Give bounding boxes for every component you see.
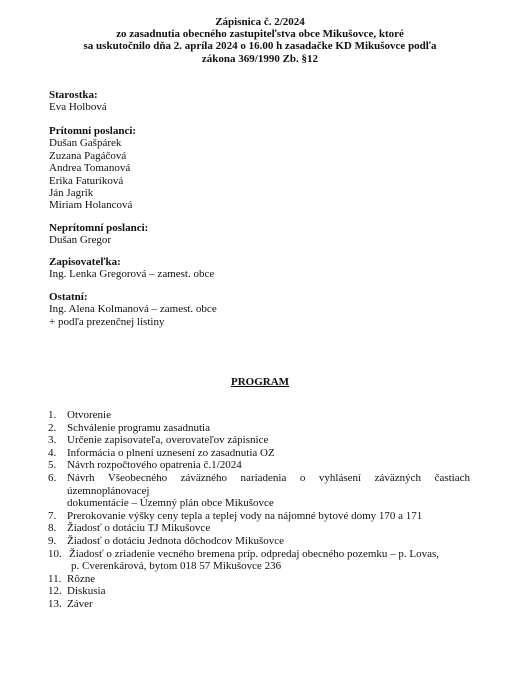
program-item-text: Schválenie programu zasadnutia bbox=[67, 422, 210, 434]
program-item-text: Rôzne bbox=[67, 573, 95, 585]
program-item: 7.Prerokovanie výšky ceny tepla a teplej… bbox=[48, 510, 470, 523]
program-item-number: 1. bbox=[48, 409, 56, 422]
person-name: Dušan Gregor bbox=[49, 234, 469, 246]
program-item-text: Návrh Všeobecného záväzného nariadenia o… bbox=[67, 472, 470, 497]
program-item: 9.Žiadosť o dotáciu Jednota dôchodcov Mi… bbox=[48, 535, 470, 548]
program-item-text: Návrh rozpočtového opatrenia č.1/2024 bbox=[67, 459, 242, 471]
program-item-text: Prerokovanie výšky ceny tepla a teplej v… bbox=[67, 510, 422, 522]
program-item: 4.Informácia o plnení uznesení zo zasadn… bbox=[48, 447, 470, 460]
person-name: Eva Holbová bbox=[49, 101, 469, 113]
attendance-note: + podľa prezenčnej listiny bbox=[49, 316, 469, 328]
program-item-text: Žiadosť o zriadenie vecného bremena príp… bbox=[67, 548, 470, 561]
section-title: Ostatní: bbox=[49, 291, 469, 303]
program-item: 3.Určenie zapisovateľa, overovateľov záp… bbox=[48, 434, 470, 447]
document-subtitle-line-2: sa uskutočnilo dňa 2. apríla 2024 o 16.0… bbox=[0, 40, 520, 52]
program-item: 2.Schválenie programu zasadnutia bbox=[48, 422, 470, 435]
person-name: Ing. Lenka Gregorová – zamest. obce bbox=[49, 268, 469, 280]
section-zapisovatelka: Zapisovateľka: Ing. Lenka Gregorová – za… bbox=[49, 256, 469, 281]
document-subtitle-line-1: zo zasadnutia obecného zastupiteľstva ob… bbox=[0, 28, 520, 40]
program-item: 12.Diskusia bbox=[48, 585, 470, 598]
section-pritomni-poslanci: Prítomní poslanci: Dušan Gašpárek Zuzana… bbox=[49, 125, 469, 212]
program-item-number: 12. bbox=[48, 585, 62, 598]
person-name: Ing. Alena Kolmanová – zamest. obce bbox=[49, 303, 469, 315]
program-item-number: 4. bbox=[48, 447, 56, 460]
program-item-text: Žiadosť o dotáciu Jednota dôchodcov Miku… bbox=[67, 535, 284, 547]
person-name: Ján Jagrik bbox=[49, 187, 469, 199]
program-item-number: 11. bbox=[48, 573, 61, 586]
section-nepritomni-poslanci: Neprítomní poslanci: Dušan Gregor bbox=[49, 222, 469, 247]
program-item: 10.Žiadosť o zriadenie vecného bremena p… bbox=[48, 548, 470, 573]
person-name: Erika Faturíková bbox=[49, 175, 469, 187]
program-list: 1.Otvorenie2.Schválenie programu zasadnu… bbox=[48, 409, 470, 611]
program-item: 1.Otvorenie bbox=[48, 409, 470, 422]
document-page: Zápisnica č. 2/2024 zo zasadnutia obecné… bbox=[0, 0, 520, 680]
program-item-number: 3. bbox=[48, 434, 56, 447]
program-item-text: Záver bbox=[67, 598, 93, 610]
program-item-text-continuation: p. Cverenkárová, bytom 018 57 Mikušovce … bbox=[67, 560, 470, 573]
program-item-text: Určenie zapisovateľa, overovateľov zápis… bbox=[67, 434, 268, 446]
person-name: Dušan Gašpárek bbox=[49, 137, 469, 149]
section-ostatni: Ostatní: Ing. Alena Kolmanová – zamest. … bbox=[49, 291, 469, 328]
person-name: Zuzana Pagáčová bbox=[49, 150, 469, 162]
section-title: Neprítomní poslanci: bbox=[49, 222, 469, 234]
program-item-text: Žiadosť o dotáciu TJ Mikušovce bbox=[67, 522, 210, 534]
program-item-text-continuation: dokumentácie – Územný plán obce Mikušovc… bbox=[67, 497, 470, 510]
program-item-number: 2. bbox=[48, 422, 56, 435]
program-item: 6.Návrh Všeobecného záväzného nariadenia… bbox=[48, 472, 470, 510]
section-title: Zapisovateľka: bbox=[49, 256, 469, 268]
program-heading: PROGRAM bbox=[0, 376, 520, 388]
program-item-number: 9. bbox=[48, 535, 56, 548]
section-starostka: Starostka: Eva Holbová bbox=[49, 89, 469, 114]
program-item-text: Otvorenie bbox=[67, 409, 111, 421]
program-item: 8.Žiadosť o dotáciu TJ Mikušovce bbox=[48, 522, 470, 535]
program-item-number: 7. bbox=[48, 510, 56, 523]
document-title: Zápisnica č. 2/2024 bbox=[0, 16, 520, 28]
section-title: Prítomní poslanci: bbox=[49, 125, 469, 137]
program-item-number: 13. bbox=[48, 598, 62, 611]
program-item-number: 8. bbox=[48, 522, 56, 535]
program-item-number: 5. bbox=[48, 459, 56, 472]
document-header: Zápisnica č. 2/2024 zo zasadnutia obecné… bbox=[0, 16, 520, 65]
program-item-text: Diskusia bbox=[67, 585, 106, 597]
program-item-number: 6. bbox=[48, 472, 56, 485]
program-item: 13.Záver bbox=[48, 598, 470, 611]
section-title: Starostka: bbox=[49, 89, 469, 101]
program-item: 5.Návrh rozpočtového opatrenia č.1/2024 bbox=[48, 459, 470, 472]
program-item: 11.Rôzne bbox=[48, 573, 470, 586]
document-subtitle-line-3: zákona 369/1990 Zb. §12 bbox=[0, 53, 520, 65]
person-name: Miriam Holancová bbox=[49, 199, 469, 211]
person-name: Andrea Tomanová bbox=[49, 162, 469, 174]
program-item-number: 10. bbox=[48, 548, 62, 561]
program-item-text: Informácia o plnení uznesení zo zasadnut… bbox=[67, 447, 275, 459]
